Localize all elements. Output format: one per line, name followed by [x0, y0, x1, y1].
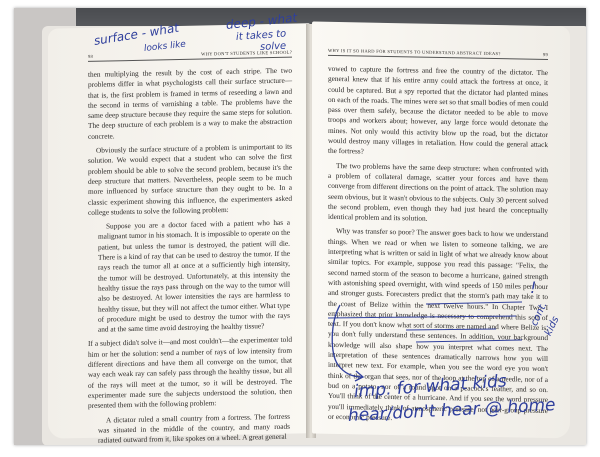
left-paragraph-1: then multiplying the result by the cost …: [88, 66, 292, 142]
right-paragraph-1: vowed to capture the fortress and free t…: [328, 64, 548, 161]
right-page-number: 99: [543, 52, 548, 57]
left-paragraph-3: Suppose you are a doctor faced with a pa…: [98, 218, 290, 335]
left-paragraph-4: If a subject didn't solve it—and most co…: [88, 335, 292, 411]
handwritten-underlines: [326, 296, 526, 356]
left-paragraph-5: A dictator ruled a small country from a …: [98, 411, 290, 445]
right-paragraph-2: The two problems have the same deep stru…: [328, 161, 548, 227]
right-head-title: WHY IS IT SO HARD FOR STUDENTS TO UNDERS…: [328, 48, 501, 56]
left-page-number: 98: [88, 54, 93, 59]
book-photo: 98 WHY DON'T STUDENTS LIKE SCHOOL? then …: [14, 8, 586, 445]
left-page: 98 WHY DON'T STUDENTS LIKE SCHOOL? then …: [48, 23, 310, 438]
right-running-head: WHY IS IT SO HARD FOR STUDENTS TO UNDERS…: [328, 48, 548, 60]
handwritten-exclamation: !: [530, 278, 536, 297]
handwritten-solve-note: solve: [260, 41, 287, 53]
left-paragraph-2: Obviously the surface structure of a pro…: [88, 142, 292, 218]
